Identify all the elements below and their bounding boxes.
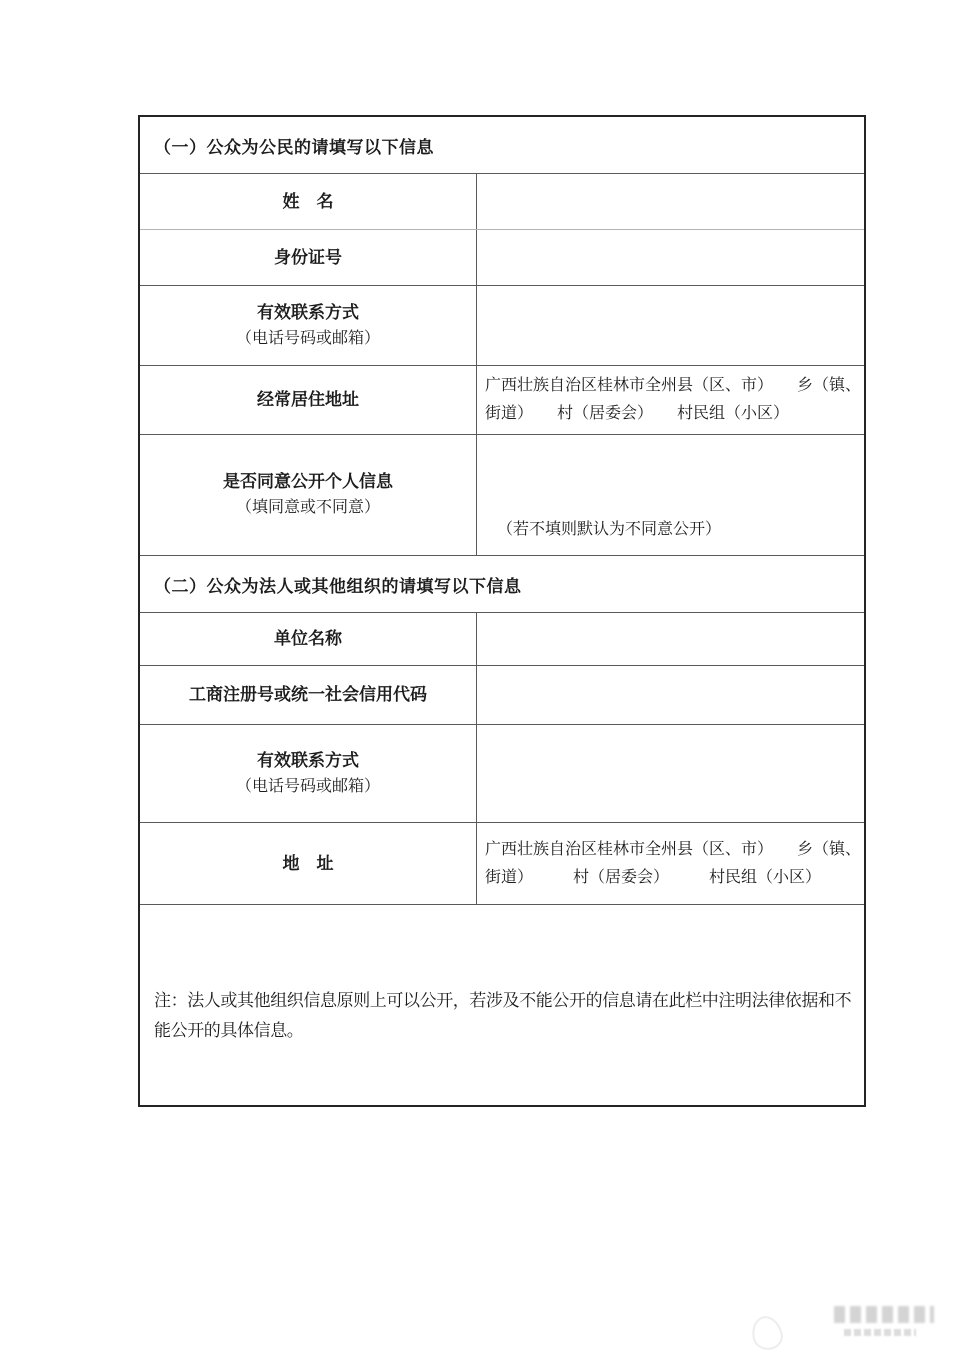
- id-number-value-cell[interactable]: [477, 230, 864, 285]
- registration-number-label-cell: 工商注册号或统一社会信用代码: [140, 666, 477, 724]
- table-row-organization-name: 单位名称: [140, 612, 864, 665]
- contact-organization-label-cell: 有效联系方式 （电话号码或邮箱）: [140, 725, 477, 822]
- id-number-label: 身份证号: [274, 245, 342, 271]
- watermark: [742, 1298, 942, 1350]
- organization-name-label: 单位名称: [274, 626, 342, 652]
- residence-address-label-cell: 经常居住地址: [140, 366, 477, 434]
- contact-organization-label: 有效联系方式: [257, 748, 359, 774]
- organization-address-value-cell[interactable]: 广西壮族自治区桂林市全州县（区、市） 乡（镇、 街道） 村（居委会） 村民组（小…: [477, 823, 864, 904]
- table-row-organization-address: 地 址 广西壮族自治区桂林市全州县（区、市） 乡（镇、 街道） 村（居委会） 村…: [140, 822, 864, 904]
- residence-address-value-cell[interactable]: 广西壮族自治区桂林市全州县（区、市） 乡（镇、 街道） 村（居委会） 村民组（小…: [477, 366, 864, 434]
- table-row-note: 注：法人或其他组织信息原则上可以公开，若涉及不能公开的信息请在此栏中注明法律依据…: [140, 904, 864, 1105]
- consent-label: 是否同意公开个人信息: [223, 469, 393, 495]
- watermark-oval-emblem-icon: [748, 1313, 785, 1353]
- document-page: （一）公众为公民的请填写以下信息 姓 名 身份证号 有效联系方式 （电话号码或邮…: [0, 0, 960, 1358]
- contact-citizen-sublabel: （电话号码或邮箱）: [236, 326, 380, 352]
- watermark-blurred-text-line1: [834, 1306, 934, 1323]
- consent-sublabel: （填同意或不同意）: [236, 495, 380, 521]
- registration-number-label: 工商注册号或统一社会信用代码: [189, 682, 427, 708]
- organization-name-label-cell: 单位名称: [140, 613, 477, 665]
- contact-citizen-value-cell[interactable]: [477, 286, 864, 365]
- contact-organization-value-cell[interactable]: [477, 725, 864, 822]
- registration-number-value-cell[interactable]: [477, 666, 864, 724]
- id-number-label-cell: 身份证号: [140, 230, 477, 285]
- contact-citizen-label: 有效联系方式: [257, 300, 359, 326]
- application-info-form-table: （一）公众为公民的请填写以下信息 姓 名 身份证号 有效联系方式 （电话号码或邮…: [138, 115, 866, 1107]
- section-1-header-row: （一）公众为公民的请填写以下信息: [140, 117, 864, 173]
- organization-address-label-cell: 地 址: [140, 823, 477, 904]
- table-row-consent: 是否同意公开个人信息 （填同意或不同意） （若不填则默认为不同意公开）: [140, 434, 864, 555]
- name-label-cell: 姓 名: [140, 174, 477, 229]
- organization-address-label: 地 址: [283, 851, 334, 877]
- table-row-residence-address: 经常居住地址 广西壮族自治区桂林市全州县（区、市） 乡（镇、 街道） 村（居委会…: [140, 365, 864, 434]
- table-row-contact-citizen: 有效联系方式 （电话号码或邮箱）: [140, 285, 864, 365]
- watermark-blurred-text-line2: [844, 1329, 916, 1336]
- name-label: 姓 名: [283, 189, 334, 215]
- table-row-name: 姓 名: [140, 173, 864, 229]
- legal-disclosure-note: 注：法人或其他组织信息原则上可以公开，若涉及不能公开的信息请在此栏中注明法律依据…: [140, 905, 864, 1105]
- table-row-contact-organization: 有效联系方式 （电话号码或邮箱）: [140, 724, 864, 822]
- section-2-header-row: （二）公众为法人或其他组织的请填写以下信息: [140, 555, 864, 612]
- section-1-title: （一）公众为公民的请填写以下信息: [140, 117, 864, 173]
- section-2-title: （二）公众为法人或其他组织的请填写以下信息: [140, 556, 864, 612]
- consent-default-hint: （若不填则默认为不同意公开）: [497, 516, 721, 539]
- contact-citizen-label-cell: 有效联系方式 （电话号码或邮箱）: [140, 286, 477, 365]
- consent-value-cell[interactable]: （若不填则默认为不同意公开）: [477, 435, 864, 555]
- organization-name-value-cell[interactable]: [477, 613, 864, 665]
- contact-organization-sublabel: （电话号码或邮箱）: [236, 774, 380, 800]
- residence-address-label: 经常居住地址: [257, 387, 359, 413]
- table-row-registration-number: 工商注册号或统一社会信用代码: [140, 665, 864, 724]
- table-row-id-number: 身份证号: [140, 229, 864, 285]
- consent-label-cell: 是否同意公开个人信息 （填同意或不同意）: [140, 435, 477, 555]
- name-value-cell[interactable]: [477, 174, 864, 229]
